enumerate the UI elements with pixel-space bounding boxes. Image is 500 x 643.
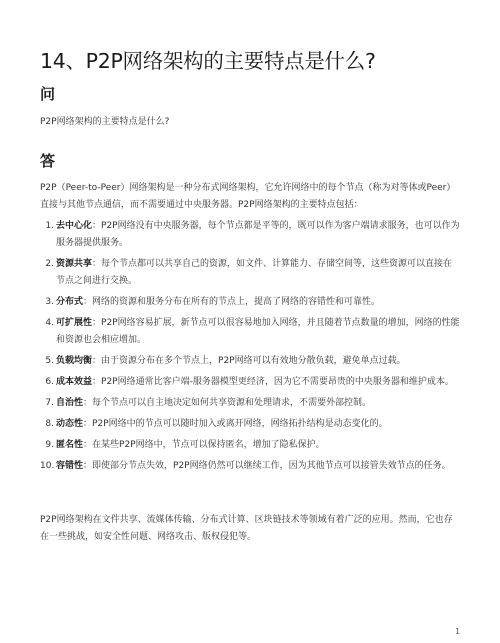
list-item: 3.分布式：网络的资源和服务分布在所有的节点上，提高了网络的容错性和可靠性。 <box>40 294 460 311</box>
outro-paragraph: P2P网络架构在文件共享、流媒体传输、分布式计算、区块链技术等领域有着广泛的应用… <box>40 512 460 546</box>
list-item: 8.动态性：P2P网络中的节点可以随时加入或离开网络，网络拓扑结构是动态变化的。 <box>40 416 460 433</box>
feature-term: 去中心化 <box>56 221 92 231</box>
list-item: 7.自治性：每个节点可以自主地决定如何共享资源和处理请求，不需要外部控制。 <box>40 395 460 412</box>
feature-desc: P2P网络中的节点可以随时加入或离开网络，网络拓扑结构是动态变化的。 <box>92 419 388 429</box>
question-heading: 问 <box>40 83 55 104</box>
feature-term: 容错性 <box>56 461 83 471</box>
feature-list: 1.去中心化：P2P网络没有中央服务器，每个节点都是平等的，既可以作为客户端请求… <box>40 218 460 479</box>
feature-term: 资源共享 <box>56 259 92 269</box>
feature-desc: P2P网络通常比客户端-服务器模型更经济，因为它不需要昂贵的中央服务器和维护成本… <box>101 377 454 387</box>
question-text: P2P网络架构的主要特点是什么? <box>40 114 169 127</box>
page-number: 1 <box>455 627 460 636</box>
feature-term: 负载均衡 <box>56 356 92 366</box>
list-item: 4.可扩展性：P2P网络容易扩展，新节点可以很容易地加入网络，并且随着节点数量的… <box>40 315 460 349</box>
feature-desc: P2P网络容易扩展，新节点可以很容易地加入网络，并且随着节点数量的增加，网络的性… <box>56 318 460 345</box>
answer-heading: 答 <box>40 150 55 171</box>
feature-term: 自治性 <box>56 398 83 408</box>
list-item: 10.容错性：即使部分节点失效，P2P网络仍然可以继续工作，因为其他节点可以接管… <box>40 458 460 475</box>
list-item: 6.成本效益：P2P网络通常比客户端-服务器模型更经济，因为它不需要昂贵的中央服… <box>40 374 460 391</box>
feature-desc: 即使部分节点失效，P2P网络仍然可以继续工作，因为其他节点可以接管失效节点的任务… <box>92 461 451 471</box>
feature-term: 分布式 <box>56 297 83 307</box>
feature-term: 动态性 <box>56 419 83 429</box>
page-title: 14、P2P网络架构的主要特点是什么? <box>40 44 376 74</box>
feature-desc: P2P网络没有中央服务器，每个节点都是平等的，既可以作为客户端请求服务，也可以作… <box>56 221 460 248</box>
feature-term: 匿名性 <box>56 440 83 450</box>
feature-term: 可扩展性 <box>56 318 92 328</box>
list-item: 9.匿名性：在某些P2P网络中，节点可以保持匿名，增加了隐私保护。 <box>40 437 460 454</box>
list-item: 5.负载均衡：由于资源分布在多个节点上，P2P网络可以有效地分散负载，避免单点过… <box>40 353 460 370</box>
feature-desc: 网络的资源和服务分布在所有的节点上，提高了网络的容错性和可靠性。 <box>92 297 380 307</box>
feature-term: 成本效益 <box>56 377 92 387</box>
feature-desc: 每个节点都可以共享自己的资源，如文件、计算能力、存储空间等，这些资源可以直接在节… <box>56 259 452 286</box>
list-item: 1.去中心化：P2P网络没有中央服务器，每个节点都是平等的，既可以作为客户端请求… <box>40 218 460 252</box>
list-item: 2.资源共享：每个节点都可以共享自己的资源，如文件、计算能力、存储空间等，这些资… <box>40 256 460 290</box>
feature-desc: 由于资源分布在多个节点上，P2P网络可以有效地分散负载，避免单点过载。 <box>101 356 406 366</box>
feature-desc: 每个节点可以自主地决定如何共享资源和处理请求，不需要外部控制。 <box>92 398 371 408</box>
intro-paragraph: P2P（Peer-to-Peer）网络架构是一种分布式网络架构，它允许网络中的每… <box>40 180 460 214</box>
feature-desc: 在某些P2P网络中，节点可以保持匿名，增加了隐私保护。 <box>92 440 325 450</box>
